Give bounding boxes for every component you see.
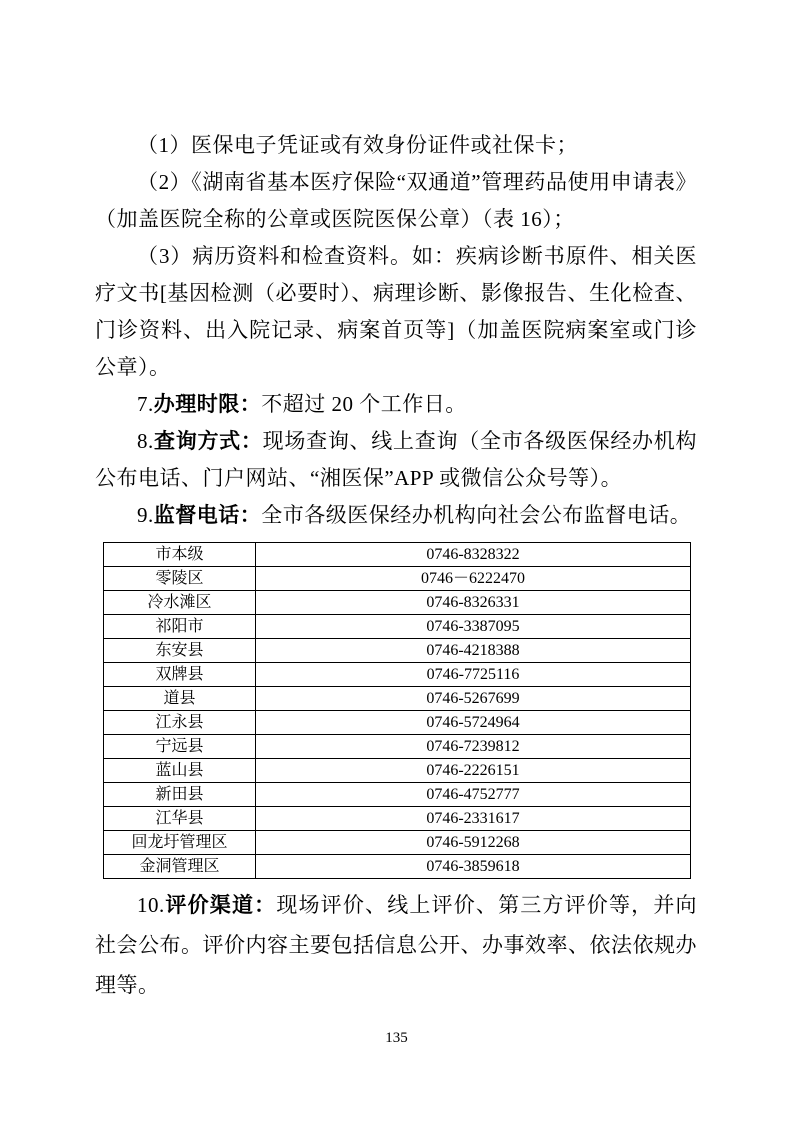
paragraph-text-segment: （2）《湖南省基本医疗保险“双通道”管理药品使用申请表》（加盖医院全称的公章或医… bbox=[95, 170, 697, 231]
paragraph-label-segment: 办理时限： bbox=[154, 392, 262, 416]
phone-cell: 0746-7725116 bbox=[256, 663, 691, 687]
paragraph-label-segment: 查询方式： bbox=[154, 429, 263, 453]
table-row: 金洞管理区0746-3859618 bbox=[104, 855, 691, 879]
paragraph: 7.办理时限：不超过 20 个工作日。 bbox=[95, 386, 697, 423]
table-row: 回龙圩管理区0746-5912268 bbox=[104, 831, 691, 855]
table-row: 冷水滩区0746-8326331 bbox=[104, 591, 691, 615]
table-row: 市本级0746-8328322 bbox=[104, 543, 691, 567]
phone-cell: 0746-4752777 bbox=[256, 783, 691, 807]
phone-cell: 0746-2226151 bbox=[256, 759, 691, 783]
paragraph-text-segment: （3）病历资料和检查资料。如：疾病诊断书原件、相关医疗文书[基因检测（必要时）、… bbox=[95, 244, 697, 379]
table-row: 江永县0746-5724964 bbox=[104, 711, 691, 735]
phone-cell: 0746-3387095 bbox=[256, 615, 691, 639]
document-page: （1）医保电子凭证或有效身份证件或社保卡；（2）《湖南省基本医疗保险“双通道”管… bbox=[0, 0, 793, 1122]
table-row: 江华县0746-2331617 bbox=[104, 807, 691, 831]
paragraph-text-segment: 9. bbox=[137, 503, 154, 527]
table-row: 新田县0746-4752777 bbox=[104, 783, 691, 807]
phone-cell: 0746-5267699 bbox=[256, 687, 691, 711]
region-cell: 江华县 bbox=[104, 807, 256, 831]
phone-cell: 0746-5912268 bbox=[256, 831, 691, 855]
paragraph: 8.查询方式：现场查询、线上查询（全市各级医保经办机构公布电话、门户网站、“湘医… bbox=[95, 423, 697, 497]
paragraph: 9.监督电话：全市各级医保经办机构向社会公布监督电话。 bbox=[95, 497, 697, 534]
table-row: 双牌县0746-7725116 bbox=[104, 663, 691, 687]
paragraph: （1）医保电子凭证或有效身份证件或社保卡； bbox=[95, 127, 697, 164]
paragraph-text-segment: 全市各级医保经办机构向社会公布监督电话。 bbox=[261, 503, 691, 527]
region-cell: 双牌县 bbox=[104, 663, 256, 687]
paragraph: （3）病历资料和检查资料。如：疾病诊断书原件、相关医疗文书[基因检测（必要时）、… bbox=[95, 238, 697, 386]
region-cell: 祁阳市 bbox=[104, 615, 256, 639]
phone-cell: 0746-4218388 bbox=[256, 639, 691, 663]
table-row: 道县0746-5267699 bbox=[104, 687, 691, 711]
phone-cell: 0746-8328322 bbox=[256, 543, 691, 567]
paragraph: 10.评价渠道：现场评价、线上评价、第三方评价等，并向社会公布。评价内容主要包括… bbox=[95, 885, 697, 1005]
phone-cell: 0746-2331617 bbox=[256, 807, 691, 831]
phone-cell: 0746-8326331 bbox=[256, 591, 691, 615]
paragraph-text-segment: 不超过 20 个工作日。 bbox=[261, 392, 467, 416]
phone-cell: 0746-5724964 bbox=[256, 711, 691, 735]
supervision-phone-table-body: 市本级0746-8328322零陵区0746－6222470冷水滩区0746-8… bbox=[104, 543, 691, 879]
region-cell: 宁远县 bbox=[104, 735, 256, 759]
region-cell: 冷水滩区 bbox=[104, 591, 256, 615]
phone-cell: 0746－6222470 bbox=[256, 567, 691, 591]
region-cell: 东安县 bbox=[104, 639, 256, 663]
region-cell: 零陵区 bbox=[104, 567, 256, 591]
region-cell: 回龙圩管理区 bbox=[104, 831, 256, 855]
table-row: 蓝山县0746-2226151 bbox=[104, 759, 691, 783]
table-row: 东安县0746-4218388 bbox=[104, 639, 691, 663]
paragraph-label-segment: 监督电话： bbox=[154, 503, 262, 527]
body-text-top: （1）医保电子凭证或有效身份证件或社保卡；（2）《湖南省基本医疗保险“双通道”管… bbox=[95, 127, 697, 534]
table-row: 祁阳市0746-3387095 bbox=[104, 615, 691, 639]
phone-cell: 0746-3859618 bbox=[256, 855, 691, 879]
paragraph-text-segment: （1）医保电子凭证或有效身份证件或社保卡； bbox=[137, 133, 578, 157]
body-text-bottom: 10.评价渠道：现场评价、线上评价、第三方评价等，并向社会公布。评价内容主要包括… bbox=[95, 885, 697, 1005]
phone-cell: 0746-7239812 bbox=[256, 735, 691, 759]
region-cell: 蓝山县 bbox=[104, 759, 256, 783]
region-cell: 金洞管理区 bbox=[104, 855, 256, 879]
page-number: 135 bbox=[0, 1030, 793, 1047]
table-row: 宁远县0746-7239812 bbox=[104, 735, 691, 759]
paragraph-text-segment: 10. bbox=[137, 893, 165, 917]
region-cell: 道县 bbox=[104, 687, 256, 711]
table-row: 零陵区0746－6222470 bbox=[104, 567, 691, 591]
paragraph-text-segment: 8. bbox=[137, 429, 154, 453]
paragraph: （2）《湖南省基本医疗保险“双通道”管理药品使用申请表》（加盖医院全称的公章或医… bbox=[95, 164, 697, 238]
region-cell: 新田县 bbox=[104, 783, 256, 807]
supervision-phone-table: 市本级0746-8328322零陵区0746－6222470冷水滩区0746-8… bbox=[103, 542, 691, 879]
region-cell: 市本级 bbox=[104, 543, 256, 567]
paragraph-text-segment: 7. bbox=[137, 392, 154, 416]
paragraph-label-segment: 评价渠道： bbox=[165, 893, 277, 917]
region-cell: 江永县 bbox=[104, 711, 256, 735]
